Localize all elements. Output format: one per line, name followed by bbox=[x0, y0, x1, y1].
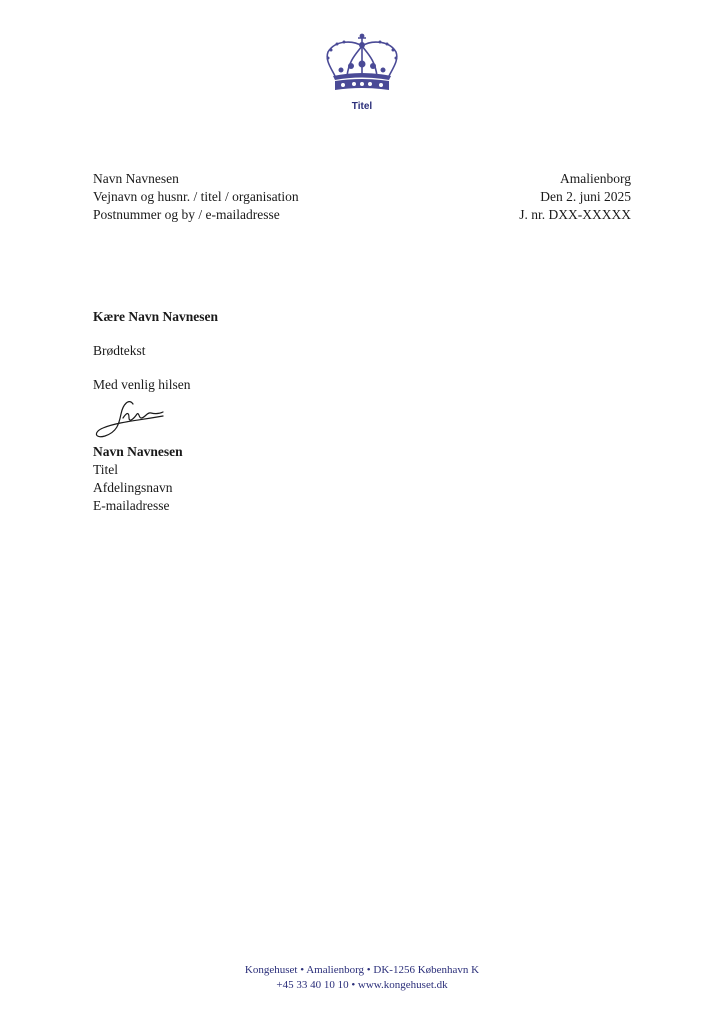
footer: Kongehuset • Amalienborg • DK-1256 Køben… bbox=[0, 963, 724, 993]
crown-icon bbox=[323, 32, 401, 94]
signer-block: Navn Navnesen Titel Afdelingsnavn E-mail… bbox=[93, 443, 183, 515]
body-text: Brødtekst bbox=[93, 342, 146, 360]
recipient-city: Postnummer og by / e-mailadresse bbox=[93, 206, 299, 224]
recipient-name: Navn Navnesen bbox=[93, 170, 299, 188]
sender-info: Amalienborg Den 2. juni 2025 J. nr. DXX-… bbox=[519, 170, 631, 224]
journal-number: J. nr. DXX-XXXXX bbox=[519, 206, 631, 224]
footer-address: Kongehuset • Amalienborg • DK-1256 Køben… bbox=[0, 963, 724, 978]
salutation: Kære Navn Navnesen bbox=[93, 308, 218, 326]
recipient-address: Navn Navnesen Vejnavn og husnr. / titel … bbox=[93, 170, 299, 224]
sender-place: Amalienborg bbox=[519, 170, 631, 188]
signer-email: E-mailadresse bbox=[93, 497, 183, 515]
letter-date: Den 2. juni 2025 bbox=[519, 188, 631, 206]
closing: Med venlig hilsen bbox=[93, 376, 191, 394]
signer-department: Afdelingsnavn bbox=[93, 479, 183, 497]
recipient-street: Vejnavn og husnr. / titel / organisation bbox=[93, 188, 299, 206]
signer-title: Titel bbox=[93, 461, 183, 479]
signature-icon bbox=[93, 398, 183, 442]
footer-contact: +45 33 40 10 10 • www.kongehuset.dk bbox=[0, 978, 724, 993]
signer-name: Navn Navnesen bbox=[93, 443, 183, 461]
letterhead-title: Titel bbox=[0, 101, 724, 112]
